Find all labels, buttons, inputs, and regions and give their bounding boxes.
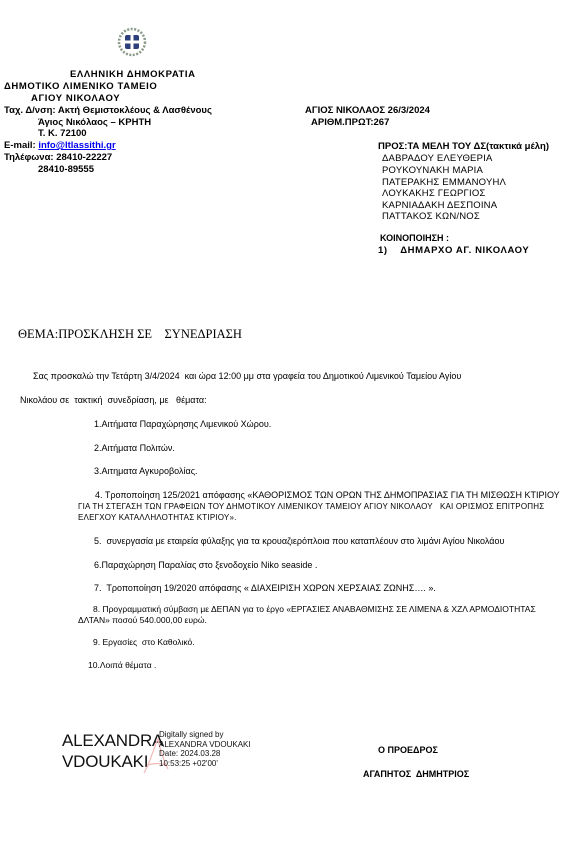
- president-role: Ο ΠΡΟΕΔΡΟΣ: [378, 745, 438, 755]
- postal-code: Τ. Κ. 72100: [38, 128, 87, 139]
- agenda-item-5: 5. συνεργασία με εταιρεία φύλαξης για τα…: [94, 536, 504, 546]
- agenda-item-4-cont: ΕΛΕΓΧΟΥ ΚΑΤΑΛΛΗΛΟΤΗΤΑΣ ΚΤΙΡΙΟΥ».: [78, 513, 237, 522]
- agenda-item-3: 3.Αιτηματα Αγκυροβολίας.: [94, 466, 198, 476]
- agenda-item-10: 10.Λοιπά θέματα .: [88, 660, 156, 670]
- recipient-member: ΚΑΡΝΙΑΔΑΚΗ ΔΕΣΠΟΙΝΑ: [382, 200, 497, 211]
- cc-title: ΚΟΙΝΟΠΟΙΗΣΗ :: [380, 233, 449, 243]
- place-date: ΑΓΙΟΣ ΝΙΚΟΛΑΟΣ 26/3/2024: [305, 105, 430, 116]
- protocol-number: ΑΡΙΘΜ.ΠΡΩΤ:267: [311, 117, 389, 128]
- organization-city: ΑΓΙΟΥ ΝΙΚΟΛΑΟΥ: [31, 93, 120, 104]
- organization-name: ΔΗΜΟΤΙΚΟ ΛΙΜΕΝΙΚΟ ΤΑΜΕΙΟ: [4, 81, 157, 92]
- agenda-item-2: 2.Αιτήματα Πολιτών.: [94, 443, 175, 453]
- agenda-item-7: 7. Τροποποίηση 19/2020 απόφασης « ΔΙΑΧΕΙ…: [94, 583, 436, 593]
- recipient-member: ΔΑΒΡΑΔΟΥ ΕΛΕΥΘΕΡΙΑ: [382, 153, 492, 164]
- subject-line: ΘΕΜΑ:ΠΡΟΣΚΛΗΣΗ ΣΕ ΣΥΝΕΔΡΙΑΣΗ: [18, 327, 242, 342]
- agenda-item-4: 4. Τροποποίηση 125/2021 απόφασης «ΚΑΘΟΡΙ…: [95, 490, 560, 500]
- email-row: E-mail: info@ltlassithi.gr: [4, 140, 116, 151]
- recipients-title: ΠΡΟΣ:ΤΑ ΜΕΛΗ ΤΟΥ ΔΣ(τακτικά μέλη): [378, 141, 549, 152]
- agenda-item-4-cont: ΓΙΑ ΤΗ ΣΤΕΓΑΣΗ ΤΩΝ ΓΡΑΦΕΙΩΝ ΤΟΥ ΔΗΜΟΤΙΚΟ…: [78, 502, 544, 511]
- phone-row: Τηλέφωνα: 28410-22227: [4, 152, 112, 163]
- signed-by-label: Digitally signed by: [159, 730, 251, 740]
- intro-line-2: Νικολάου σε τακτική συνεδρίαση, με θέματ…: [20, 395, 207, 405]
- recipient-member: ΠΑΤΤΑΚΟΣ ΚΩΝ/ΝΟΣ: [382, 211, 480, 222]
- recipient-member: ΡΟΥΚΟΥΝΑΚΗ ΜΑΡΙΑ: [382, 165, 483, 176]
- signature-date: Date: 2024.03.28: [159, 749, 251, 759]
- agenda-item-9: 9. Εργασίες στο Καθολικό.: [93, 637, 195, 647]
- greek-coat-of-arms-icon: [117, 27, 147, 57]
- signature-time: 10:53:25 +02'00': [159, 759, 251, 769]
- phone-secondary: 28410-89555: [38, 164, 94, 175]
- signature-details: Digitally signed by ALEXANDRA VDOUKAKI D…: [159, 730, 251, 768]
- agenda-item-1: 1.Αιτήματα Παραχώρησης Λιμενικού Χώρου.: [94, 419, 271, 429]
- intro-line-1: Σας προσκαλώ την Τετάρτη 3/4/2024 και ώρ…: [33, 371, 461, 381]
- signature-name-line-2: VDOUKAKI: [62, 752, 148, 772]
- agenda-item-8-cont: ΔΛΤΑΝ» ποσού 540.000,00 ευρώ.: [78, 615, 207, 625]
- signer-name: ALEXANDRA VDOUKAKI: [159, 740, 251, 750]
- president-name: ΑΓΑΠΗΤΟΣ ΔΗΜΗΤΡΙΟΣ: [363, 769, 469, 779]
- address-city: Άγιος Νικόλαος – ΚΡΗΤΗ: [38, 117, 151, 128]
- email-link[interactable]: info@ltlassithi.gr: [38, 140, 115, 151]
- cc-recipient: 1) ΔΗΜΑΡΧΟ ΑΓ. ΝΙΚΟΛΑΟΥ: [378, 245, 529, 256]
- email-label: E-mail:: [4, 140, 38, 151]
- postal-address: Ταχ. Δ/νση: Ακτή Θεμιστοκλέους & Λασθένο…: [4, 105, 212, 116]
- republic-title: ΕΛΛΗΝΙΚΗ ΔΗΜΟΚΡΑΤΙΑ: [70, 69, 196, 80]
- recipient-member: ΠΑΤΕΡΑΚΗΣ ΕΜΜΑΝΟΥΗΛ: [382, 177, 506, 188]
- recipient-member: ΛΟΥΚΑΚΗΣ ΓΕΩΡΓΙΟΣ: [382, 188, 486, 199]
- agenda-item-6: 6.Παραχώρηση Παραλίας στο ξενοδοχείο Nik…: [94, 560, 317, 570]
- agenda-item-8: 8. Προγραμματική σύμβαση με ΔΕΠΑΝ για το…: [93, 604, 536, 614]
